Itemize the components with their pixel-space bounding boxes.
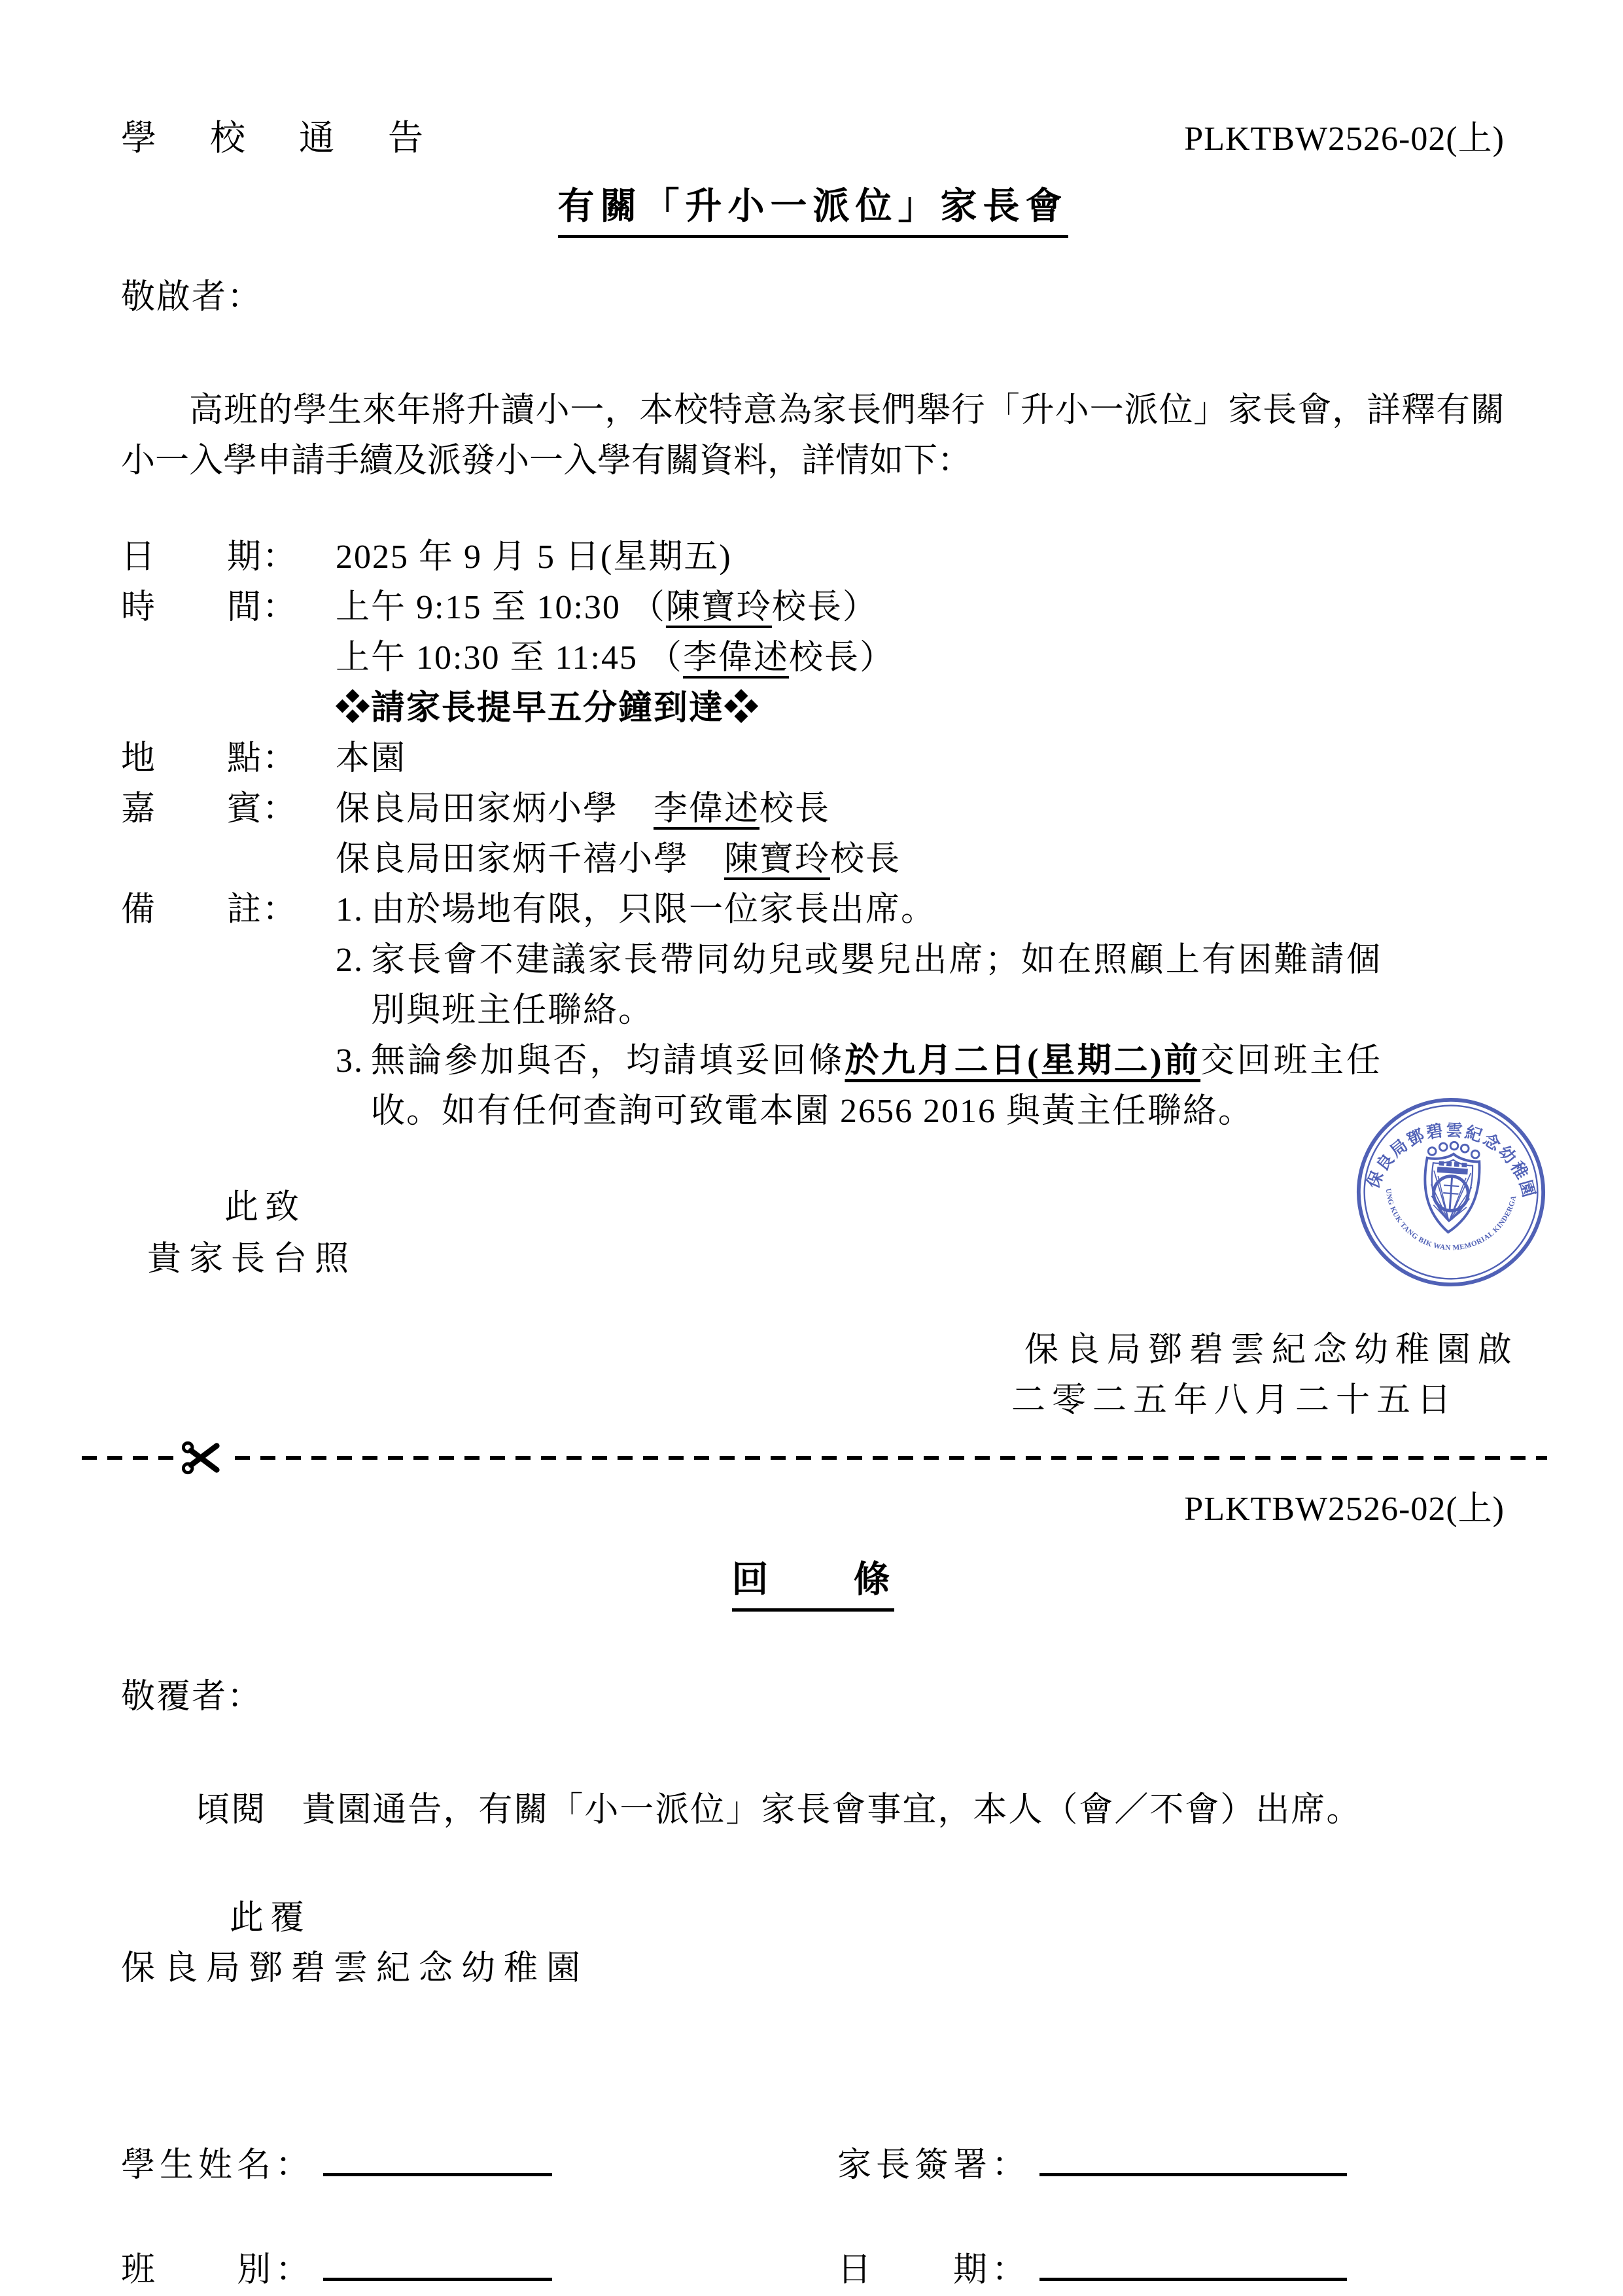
intro-paragraph: 高班的學生來年將升讀小一，本校特意為家長們舉行「升小一派位」家長會，詳釋有關小一… <box>121 385 1505 486</box>
remark-1: 1. 由於場地有限，只限一位家長出席。 <box>336 885 1505 935</box>
time-value-2: 上午 10:30 至 11:45 （李偉述校長） <box>336 633 1505 683</box>
notice-title: 有關「升小一派位」家長會 <box>558 177 1068 238</box>
reply-title-wrap: 回 條 <box>121 1551 1505 1612</box>
remark-3: 3. 無論參加與否，均請填妥回條於九月二日(星期二)前交回班主任收。如有任何查詢… <box>336 1036 1505 1137</box>
spacer-label <box>121 633 336 683</box>
reply-reference-number: PLKTBW2526-02(上) <box>121 1481 1505 1530</box>
time-value-1: 上午 9:15 至 10:30 （陳寶玲校長） <box>336 582 1505 633</box>
doc-type-label: 學 校 通 告 <box>121 110 432 160</box>
form-row-1: 學生姓名： 家長簽署： <box>121 2136 1505 2186</box>
student-name-label: 學生姓名： <box>121 2137 314 2186</box>
form-row-2: 班 別： 日 期： <box>121 2241 1505 2291</box>
reply-body: 頃閱 貴園通告，有關「小一派位」家長會事宜，本人（會／不會）出席。 <box>121 1785 1505 1835</box>
closing-this-to: 此致 <box>224 1182 1505 1233</box>
detail-row-guest-2: 保良局田家炳千禧小學 陳寶玲校長 <box>121 834 1505 885</box>
guest-value-1: 保良局田家炳小學 李偉述校長 <box>336 784 1505 834</box>
reply-slip-title: 回 條 <box>732 1551 894 1612</box>
detail-row-remark-2: 2. 家長會不建議家長帶同幼兒或嬰兒出席；如在照顧上有困難請個別與班主任聯絡。 <box>121 935 1505 1036</box>
cut-line <box>82 1456 1547 1460</box>
closing-recipient: 貴家長台照 <box>147 1234 1505 1284</box>
detail-row-time-1: 時 間： 上午 9:15 至 10:30 （陳寶玲校長） <box>121 582 1505 633</box>
date-label: 日 期： <box>121 532 336 582</box>
time2-post: 校長） <box>789 639 895 677</box>
notice-salutation: 敬啟者： <box>121 272 1505 323</box>
school-notice-document: 學 校 通 告 PLKTBW2526-02(上) 有關「升小一派位」家長會 敬啟… <box>0 0 1623 2296</box>
time1-post: 校長） <box>772 589 878 626</box>
spacer-label <box>121 935 336 1036</box>
guest2-post: 校長 <box>830 841 901 878</box>
detail-row-guest-1: 嘉 賓： 保良局田家炳小學 李偉述校長 <box>121 784 1505 834</box>
title-wrap: 有關「升小一派位」家長會 <box>121 177 1505 238</box>
reply-date-label: 日 期： <box>837 2242 1030 2291</box>
time1-principal-name: 陳寶玲 <box>666 589 772 626</box>
class-blank <box>323 2241 552 2281</box>
time2-principal-name: 李偉述 <box>683 639 789 677</box>
stamp-shield-crest <box>1422 1140 1482 1234</box>
reply-date-blank <box>1039 2241 1347 2281</box>
remark3-number: 3. <box>336 1036 371 1137</box>
time1-pre: 上午 9:15 至 10:30 （ <box>336 589 666 626</box>
detail-row-date: 日 期： 2025 年 9 月 5 日(星期五) <box>121 532 1505 582</box>
class-label: 班 別： <box>121 2242 314 2291</box>
remark-label: 備 註： <box>121 885 336 935</box>
reply-salutation: 敬覆者： <box>121 1672 1505 1722</box>
closing-date: 二零二五年八月二十五日 <box>121 1375 1457 1426</box>
guest2-principal-name: 陳寶玲 <box>724 841 830 878</box>
early-arrival-reminder: ❖請家長提早五分鐘到達❖ <box>336 683 1505 733</box>
guest2-school: 保良局田家炳千禧小學 <box>336 841 724 878</box>
detail-row-remark-1: 備 註： 1. 由於場地有限，只限一位家長出席。 <box>121 885 1505 935</box>
spacer-label <box>121 683 336 733</box>
remark3-text: 無論參加與否，均請填妥回條於九月二日(星期二)前交回班主任收。如有任何查詢可致電… <box>371 1036 1382 1137</box>
class-field: 班 別： <box>121 2241 837 2291</box>
remark-2: 2. 家長會不建議家長帶同幼兒或嬰兒出席；如在照顧上有困難請個別與班主任聯絡。 <box>336 935 1505 1036</box>
guest-label: 嘉 賓： <box>121 784 336 834</box>
scissors-icon <box>175 1440 228 1475</box>
parent-signature-blank <box>1039 2136 1347 2176</box>
guest1-school: 保良局田家炳小學 <box>336 790 654 828</box>
remark1-number: 1. <box>336 885 371 935</box>
remark2-number: 2. <box>336 935 371 1036</box>
student-name-field: 學生姓名： <box>121 2136 837 2186</box>
venue-value: 本園 <box>336 733 1505 784</box>
remark2-text: 家長會不建議家長帶同幼兒或嬰兒出席；如在照顧上有困難請個別與班主任聯絡。 <box>371 935 1382 1036</box>
detail-row-remark-3: 3. 無論參加與否，均請填妥回條於九月二日(星期二)前交回班主任收。如有任何查詢… <box>121 1036 1505 1137</box>
reply-this-reply: 此覆 <box>230 1893 1505 1943</box>
guest1-post: 校長 <box>759 790 830 828</box>
date-field: 日 期： <box>837 2241 1347 2291</box>
details-section: 日 期： 2025 年 9 月 5 日(星期五) 時 間： 上午 9:15 至 … <box>121 532 1505 1137</box>
school-stamp-image: 保良局鄧碧雲紀念幼稚園 PO LEUNG KUK TANG BIK WAN ME… <box>1349 1090 1553 1294</box>
reply-school-name: 保良局鄧碧雲紀念幼稚園 <box>121 1943 1505 1994</box>
reference-number: PLKTBW2526-02(上) <box>1184 111 1505 160</box>
time2-pre: 上午 10:30 至 11:45 （ <box>336 639 683 677</box>
parent-signature-field: 家長簽署： <box>837 2136 1347 2186</box>
remark3-pre: 無論參加與否，均請填妥回條 <box>371 1042 845 1080</box>
student-name-blank <box>323 2136 552 2176</box>
guest-value-2: 保良局田家炳千禧小學 陳寶玲校長 <box>336 834 1505 885</box>
header-row: 學 校 通 告 PLKTBW2526-02(上) <box>121 110 1505 160</box>
venue-label: 地 點： <box>121 733 336 784</box>
detail-row-venue: 地 點： 本園 <box>121 733 1505 784</box>
date-value: 2025 年 9 月 5 日(星期五) <box>336 532 1505 582</box>
closing-signer: 保良局鄧碧雲紀念幼稚園啟 <box>121 1325 1519 1375</box>
detail-row-time-2: 上午 10:30 至 11:45 （李偉述校長） <box>121 633 1505 683</box>
remark3-deadline: 於九月二日(星期二)前 <box>845 1042 1200 1080</box>
school-stamp: 保良局鄧碧雲紀念幼稚園 PO LEUNG KUK TANG BIK WAN ME… <box>1349 1090 1553 1294</box>
time-label: 時 間： <box>121 582 336 633</box>
spacer-label <box>121 834 336 885</box>
remark1-text: 由於場地有限，只限一位家長出席。 <box>371 885 1382 935</box>
parent-signature-label: 家長簽署： <box>837 2137 1030 2186</box>
spacer-label <box>121 1036 336 1137</box>
detail-row-reminder: ❖請家長提早五分鐘到達❖ <box>121 683 1505 733</box>
guest1-principal-name: 李偉述 <box>654 790 759 828</box>
